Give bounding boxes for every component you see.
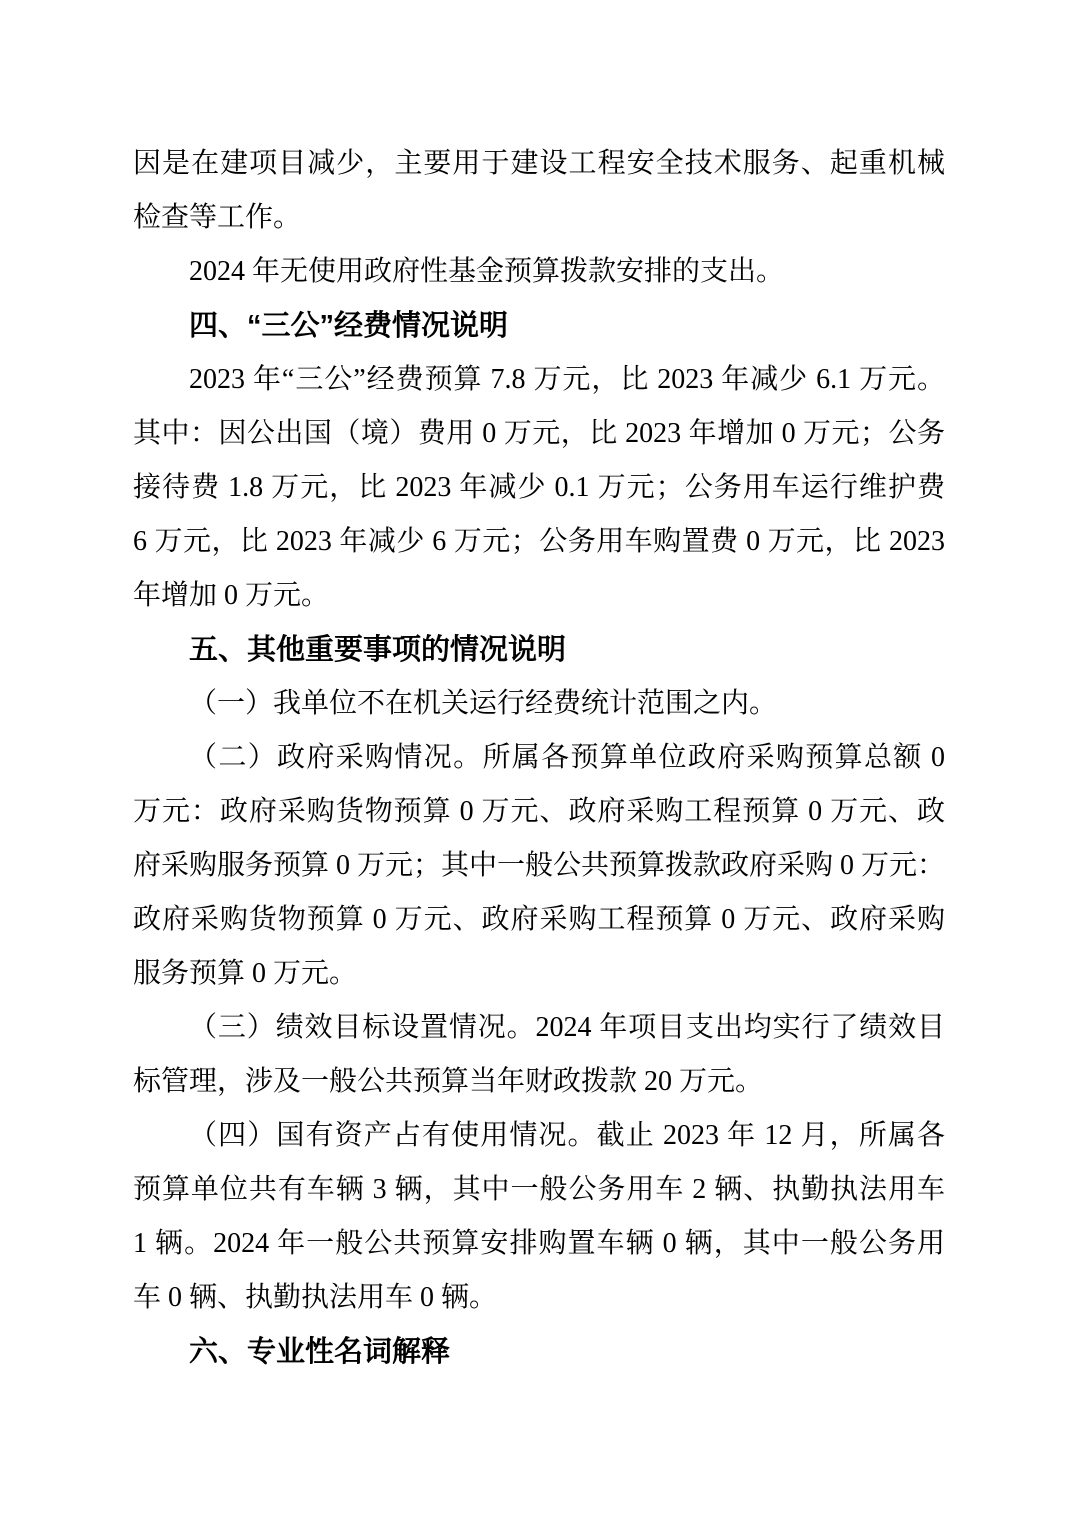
text-line: 府采购服务预算 0 万元；其中一般公共预算拨款政府采购 0 万元： xyxy=(133,839,945,893)
text-line: 车 0 辆、执勤执法用车 0 辆。 xyxy=(133,1271,945,1325)
text-line: 标管理，涉及一般公共预算当年财政拨款 20 万元。 xyxy=(133,1055,945,1109)
text-line: 万元：政府采购货物预算 0 万元、政府采购工程预算 0 万元、政 xyxy=(133,785,945,839)
text-line: 接待费 1.8 万元，比 2023 年减少 0.1 万元；公务用车运行维护费 xyxy=(133,461,945,515)
section-heading: 六、专业性名词解释 xyxy=(133,1325,945,1379)
document-page: 因是在建项目减少，主要用于建设工程安全技术服务、起重机械检查等工作。2024 年… xyxy=(0,0,1074,1520)
text-line: 因是在建项目减少，主要用于建设工程安全技术服务、起重机械 xyxy=(133,137,945,191)
text-line: 2023 年“三公”经费预算 7.8 万元，比 2023 年减少 6.1 万元。 xyxy=(133,353,945,407)
text-line: 1 辆。2024 年一般公共预算安排购置车辆 0 辆，其中一般公务用 xyxy=(133,1217,945,1271)
text-line: 检查等工作。 xyxy=(133,191,945,245)
text-line: （一）我单位不在机关运行经费统计范围之内。 xyxy=(133,677,945,731)
text-line: （三）绩效目标设置情况。2024 年项目支出均实行了绩效目 xyxy=(133,1001,945,1055)
text-line: （二）政府采购情况。所属各预算单位政府采购预算总额 0 xyxy=(133,731,945,785)
text-line: 年增加 0 万元。 xyxy=(133,569,945,623)
document-content: 因是在建项目减少，主要用于建设工程安全技术服务、起重机械检查等工作。2024 年… xyxy=(133,137,945,1379)
text-line: 其中：因公出国（境）费用 0 万元，比 2023 年增加 0 万元；公务 xyxy=(133,407,945,461)
section-heading: 四、“三公”经费情况说明 xyxy=(133,299,945,353)
section-heading: 五、其他重要事项的情况说明 xyxy=(133,623,945,677)
text-line: 6 万元，比 2023 年减少 6 万元；公务用车购置费 0 万元，比 2023 xyxy=(133,515,945,569)
text-line: 预算单位共有车辆 3 辆，其中一般公务用车 2 辆、执勤执法用车 xyxy=(133,1163,945,1217)
text-line: 2024 年无使用政府性基金预算拨款安排的支出。 xyxy=(133,245,945,299)
text-line: 政府采购货物预算 0 万元、政府采购工程预算 0 万元、政府采购 xyxy=(133,893,945,947)
text-line: 服务预算 0 万元。 xyxy=(133,947,945,1001)
text-line: （四）国有资产占有使用情况。截止 2023 年 12 月，所属各 xyxy=(133,1109,945,1163)
